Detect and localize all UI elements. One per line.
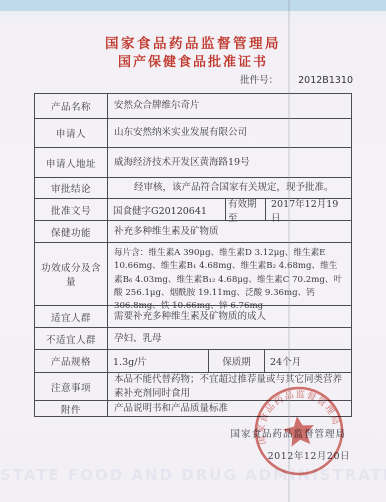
row-unsuitable-people: 不适宜人群 孕妇、乳母 xyxy=(35,327,351,349)
applicant-address-value: 威海经济技术开发区黄海路19号 xyxy=(107,148,351,177)
suitable-people-value: 需要补充多种维生素及矿物质的成人 xyxy=(107,306,351,327)
approval-number-value: 2012B1310 xyxy=(298,75,353,86)
row-product-name: 产品名称 安然众合牌维尔奇片 xyxy=(35,94,351,118)
suitable-people-label: 适宜人群 xyxy=(35,306,107,327)
row-applicant: 申请人 山东安然纳米实业发展有限公司 xyxy=(35,118,351,147)
shelf-life-label: 保质期 xyxy=(208,350,264,372)
row-ingredients: 功效成分及含量 每片含：维生素A 390μg、维生素D 3.12μg、维生素E … xyxy=(35,242,351,305)
row-approval-number: 批准文号 国食健字G20120641 有效期至 2017年12月19日 xyxy=(35,198,351,220)
applicant-label: 申请人 xyxy=(35,119,107,147)
attachments-label: 附件 xyxy=(35,401,107,416)
shelf-life-value: 24个月 xyxy=(264,350,351,372)
approval-number-line: 批件号： 2012B1310 xyxy=(34,72,355,86)
ingredients-value: 每片含：维生素A 390μg、维生素D 3.12μg、维生素E 10.66mg、… xyxy=(107,243,351,305)
approval-conclusion-label: 审批结论 xyxy=(35,178,107,198)
approval-number-label: 批件号： xyxy=(240,72,278,86)
official-seal: 国家食品药品监督管理局 xyxy=(245,377,353,485)
approval-doc-number-value: 国食健字G20120641 xyxy=(107,199,225,220)
product-name-value: 安然众合牌维尔奇片 xyxy=(107,94,351,118)
validity-value: 2017年12月19日 xyxy=(265,199,351,220)
product-name-label: 产品名称 xyxy=(35,94,107,118)
health-function-value: 补充多种维生素及矿物质 xyxy=(107,221,351,242)
certificate-table: 产品名称 安然众合牌维尔奇片 申请人 山东安然纳米实业发展有限公司 申请人地址 … xyxy=(34,93,352,417)
certificate-header: 国家食品药品监督管理局 国产保健食品批准证书 xyxy=(34,34,352,73)
applicant-address-label: 申请人地址 xyxy=(35,148,107,177)
certificate-title: 国产保健食品批准证书 xyxy=(34,54,352,73)
row-specification: 产品规格 1.3g/片 保质期 24个月 xyxy=(35,349,351,372)
health-function-label: 保健功能 xyxy=(35,221,107,242)
validity-label: 有效期至 xyxy=(225,199,265,220)
approval-doc-number-label: 批准文号 xyxy=(35,199,107,220)
specification-label: 产品规格 xyxy=(35,350,107,372)
unsuitable-people-value: 孕妇、乳母 xyxy=(107,328,351,349)
unsuitable-people-label: 不适宜人群 xyxy=(35,328,107,349)
row-suitable-people: 适宜人群 需要补充多种维生素及矿物质的成人 xyxy=(35,305,351,327)
scan-top-edge xyxy=(0,0,386,11)
specification-value: 1.3g/片 xyxy=(107,350,208,372)
row-health-function: 保健功能 补充多种维生素及矿物质 xyxy=(35,220,351,242)
row-applicant-address: 申请人地址 威海经济技术开发区黄海路19号 xyxy=(35,147,351,177)
precautions-label: 注意事项 xyxy=(35,373,107,400)
applicant-value: 山东安然纳米实业发展有限公司 xyxy=(107,119,351,147)
seal-star-icon xyxy=(282,414,317,447)
agency-title: 国家食品药品监督管理局 xyxy=(34,34,352,54)
paper-fold-line xyxy=(288,0,290,502)
ingredients-label: 功效成分及含量 xyxy=(35,243,107,305)
